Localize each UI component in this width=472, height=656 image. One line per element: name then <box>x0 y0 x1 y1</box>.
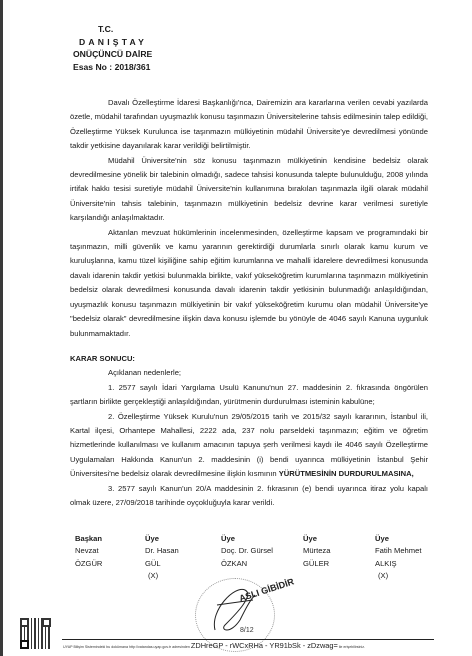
paragraph: Davalı Özelleştirme İdaresi Başkanlığı'n… <box>70 96 428 154</box>
decision-item-1: 1. 2577 sayılı İdari Yargılama Usulü Kan… <box>70 381 428 410</box>
document-page: T.C. DANIŞTAY ONÜÇÜNCÜ DAİRE Esas No : 2… <box>0 0 472 656</box>
signatory-surname: GÜL <box>145 558 179 570</box>
signatory-title: Üye <box>145 533 179 545</box>
signatory-note: (X) <box>145 570 179 582</box>
case-number: Esas No : 2018/361 <box>73 61 152 74</box>
signatory-title: Üye <box>303 533 330 545</box>
decision-intro: Açıklanan nedenlerle; <box>70 366 428 380</box>
country-label: T.C. <box>73 23 152 36</box>
signatory-name: Nevzat <box>75 545 102 557</box>
qr-finder-icon <box>20 640 29 649</box>
signatory-member: Üye Mürteza GÜLER <box>303 533 330 570</box>
signatory-member: Üye Dr. Hasan GÜL (X) <box>145 533 179 583</box>
signatory-title: Başkan <box>75 533 102 545</box>
case-number-value: 2018/361 <box>115 62 151 72</box>
signatory-note: (X) <box>375 570 421 582</box>
case-number-label: Esas No : <box>73 62 112 72</box>
signatory-name: Dr. Hasan <box>145 545 179 557</box>
page-number: 8/12 <box>240 627 254 634</box>
chamber-name: ONÜÇÜNCÜ DAİRE <box>73 48 152 61</box>
signatory-name: Fatih Mehmet <box>375 545 421 557</box>
signatory-member: Üye Fatih Mehmet ALKIŞ (X) <box>375 533 421 583</box>
signatory-member: Üye Doç. Dr. Gürsel ÖZKAN <box>221 533 273 570</box>
footer-suffix: ile erişebilirsiniz. <box>339 645 365 649</box>
signatory-surname: ALKIŞ <box>375 558 421 570</box>
decision-heading: KARAR SONUCU: <box>70 352 428 366</box>
signatory-surname: ÖZGÜR <box>75 558 102 570</box>
signatory-surname: ÖZKAN <box>221 558 273 570</box>
signatory-name: Doç. Dr. Gürsel <box>221 545 273 557</box>
signatory-surname: GÜLER <box>303 558 330 570</box>
footer-note: UYAP Bilişim Sistemindeki bu dokümana ht… <box>63 645 190 649</box>
verification-code: ZDHreGP - rWCxRHa - YR91bSk - zDzwag= <box>191 641 338 650</box>
signatory-president: Başkan Nevzat ÖZGÜR <box>75 533 102 570</box>
signatory-title: Üye <box>221 533 273 545</box>
signatory-title: Üye <box>375 533 421 545</box>
signatory-name: Mürteza <box>303 545 330 557</box>
paragraph: Müdahil Üniversite'nin söz konusu taşınm… <box>70 154 428 226</box>
paragraph: Aktarılan mevzuat hükümlerinin incelenme… <box>70 226 428 341</box>
footer: UYAP Bilişim Sistemindeki bu dokümana ht… <box>63 641 365 650</box>
document-body: Davalı Özelleştirme İdaresi Başkanlığı'n… <box>70 96 428 510</box>
decision-item-3: 3. 2577 sayılı Kanun'un 20/A maddesinin … <box>70 482 428 511</box>
decision-item-2: 2. Özelleştirme Yüksek Kurulu'nun 29/05/… <box>70 410 428 482</box>
court-name: DANIŞTAY <box>73 36 152 49</box>
decision-item-2-bold: YÜRÜTMESİNİN DURDURULMASINA, <box>279 469 414 478</box>
document-header: T.C. DANIŞTAY ONÜÇÜNCÜ DAİRE Esas No : 2… <box>73 23 152 73</box>
footer-divider <box>62 639 434 640</box>
